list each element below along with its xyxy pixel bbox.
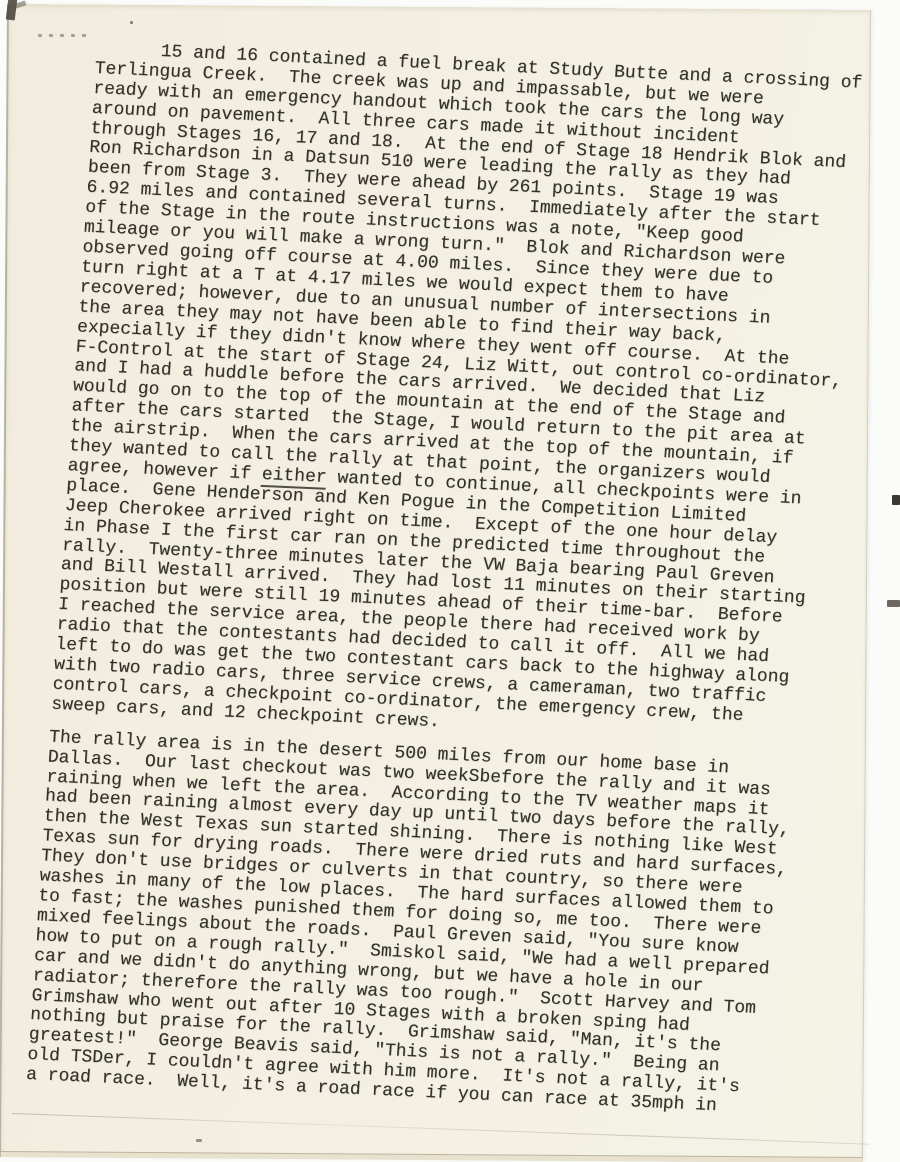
staple-mark-dot bbox=[82, 33, 86, 36]
paragraph-1-text-before: 15 and 16 contained a fuel break at Stud… bbox=[67, 41, 863, 488]
paragraph-2: The rally area is in the desert 500 mile… bbox=[25, 728, 869, 1123]
right-edge-mark bbox=[892, 495, 900, 505]
paragraph-1-text-after: wanted to continue, all checkpoints were… bbox=[51, 468, 806, 732]
scanned-page: 15 and 16 contained a fuel break at Stud… bbox=[0, 0, 900, 1162]
staple-mark-dot bbox=[60, 33, 64, 36]
staple-mark-dot bbox=[71, 33, 75, 36]
staple-mark-dot bbox=[38, 33, 42, 36]
staple-marks bbox=[38, 23, 98, 31]
ink-speck bbox=[196, 1139, 202, 1142]
paragraph-1: 15 and 16 contained a fuel break at Stud… bbox=[51, 41, 863, 732]
right-edge-mark bbox=[887, 600, 900, 607]
staple-mark-dot bbox=[49, 33, 53, 36]
typewritten-text: 15 and 16 contained a fuel break at Stud… bbox=[23, 20, 900, 1162]
